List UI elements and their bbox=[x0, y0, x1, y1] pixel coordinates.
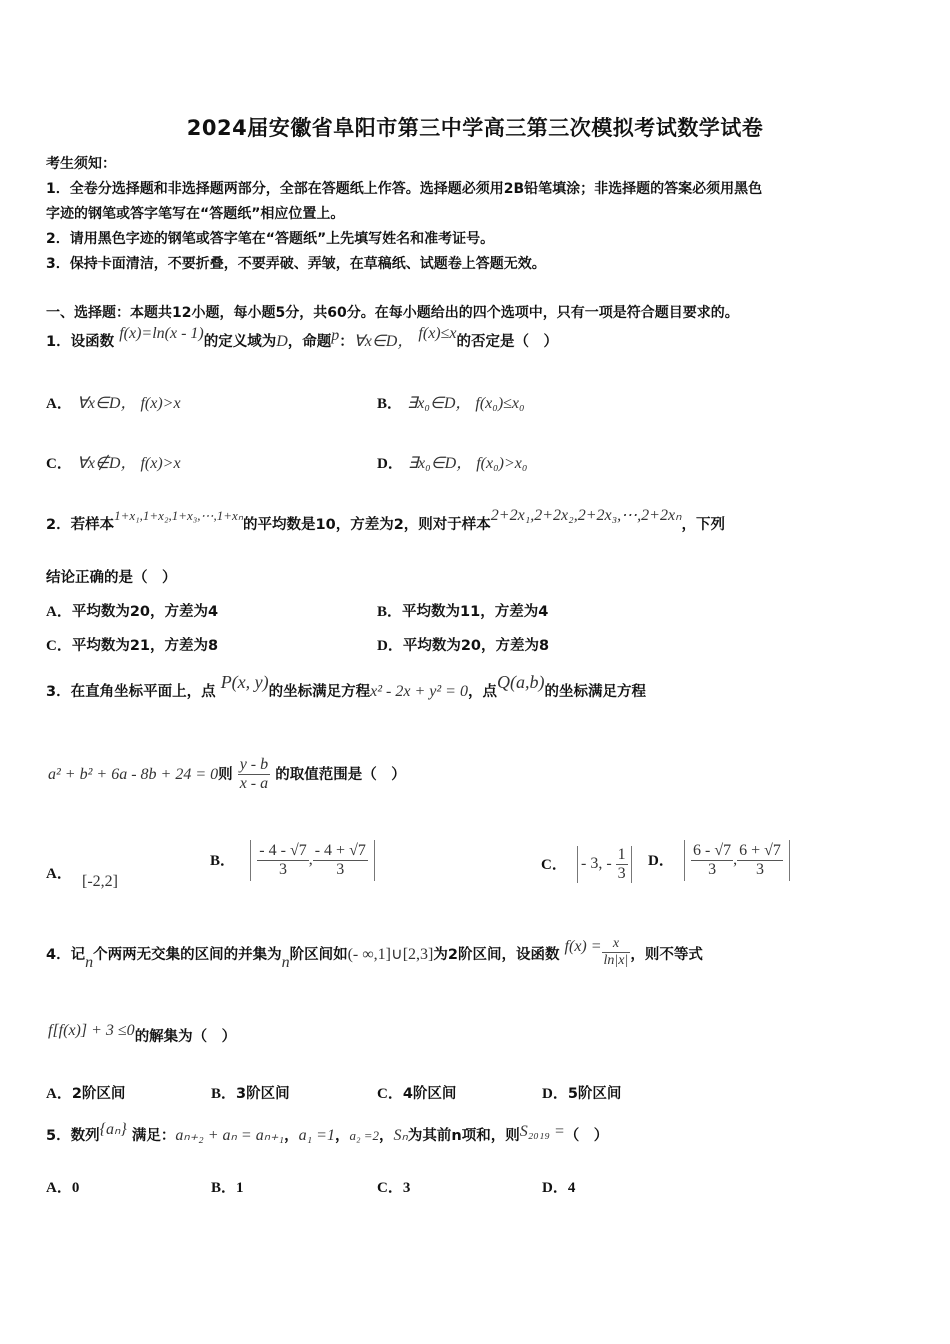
question-3-cont: a² + b² + 6a - 8b + 24 = 0则 y - bx - a 的… bbox=[48, 756, 406, 793]
question-4-cont: f[f(x)] + 3 ≤0的解集为（ ） bbox=[48, 1025, 236, 1046]
math-expression: f(x)=ln(x - 1) bbox=[119, 325, 204, 342]
notice-item-1-cont: 字迹的钢笔或答字笔写在“答题纸”相应位置上。 bbox=[46, 203, 344, 223]
notice-item-3: 3．保持卡面清洁，不要折叠，不要弄破、弄皱，在草稿纸、试题卷上答题无效。 bbox=[46, 253, 546, 273]
option-a[interactable]: A． ∀x∈D， f(x)>x bbox=[46, 390, 181, 413]
question-number: 2． bbox=[46, 517, 71, 533]
option-a[interactable]: A．0 bbox=[46, 1176, 79, 1197]
notice-item-2: 2．请用黑色字迹的钢笔或答字笔在“答题纸”上先填写姓名和准考证号。 bbox=[46, 228, 494, 248]
question-1: 1．设函数 f(x)=ln(x - 1)的定义域为D，命题p：∀x∈D， f(x… bbox=[46, 328, 558, 351]
option-b[interactable]: B．平均数为11，方差为4 bbox=[377, 600, 548, 621]
option-b[interactable]: B． - 4 - √73,- 4 + √73 bbox=[210, 840, 375, 881]
option-c[interactable]: C．4阶区间 bbox=[377, 1082, 456, 1103]
option-b[interactable]: B．3阶区间 bbox=[211, 1082, 290, 1103]
fraction: y - bx - a bbox=[238, 756, 270, 793]
option-d[interactable]: D．4 bbox=[542, 1176, 575, 1197]
page-title: 2024届安徽省阜阳市第三中学高三第三次模拟考试数学试卷 bbox=[0, 112, 950, 142]
question-2: 2．若样本1+x₁,1+x₂,1+x₃,⋯,1+xₙ的平均数是10，方差为2，则… bbox=[46, 513, 725, 534]
option-c[interactable]: C． ∀x∉D， f(x)>x bbox=[46, 450, 181, 473]
option-b[interactable]: B．1 bbox=[211, 1176, 244, 1197]
question-number: 5． bbox=[46, 1128, 71, 1144]
option-a[interactable]: A． [-2,2] bbox=[46, 862, 118, 883]
option-d[interactable]: D．平均数为20，方差为8 bbox=[377, 634, 549, 655]
option-d[interactable]: D． 6 - √73,6 + √73 bbox=[648, 840, 790, 881]
option-d[interactable]: D．5阶区间 bbox=[542, 1082, 621, 1103]
option-c[interactable]: C． - 3, - 13 bbox=[541, 846, 632, 883]
option-a[interactable]: A．平均数为20，方差为4 bbox=[46, 600, 218, 621]
notice-item-1: 1．全卷分选择题和非选择题两部分，全部在答题纸上作答。选择题必须用2B铅笔填涂；… bbox=[46, 178, 762, 198]
question-number: 4． bbox=[46, 947, 71, 963]
question-number: 3． bbox=[46, 684, 71, 700]
question-2-cont: 结论正确的是（ ） bbox=[46, 566, 177, 587]
option-d[interactable]: D． ∃x₀∈D， f(x₀)>x₀ bbox=[377, 450, 527, 473]
option-b[interactable]: B． ∃x₀∈D， f(x₀)≤x₀ bbox=[377, 390, 525, 413]
option-c[interactable]: C．平均数为21，方差为8 bbox=[46, 634, 218, 655]
question-5: 5．数列{aₙ} 满足：aₙ₊₂ + aₙ = aₙ₊₁，a₁ =1，a₂ =2… bbox=[46, 1124, 608, 1145]
question-3: 3．在直角坐标平面上，点 P(x, y)的坐标满足方程x² - 2x + y² … bbox=[46, 680, 646, 701]
option-c[interactable]: C．3 bbox=[377, 1176, 410, 1197]
notice-heading: 考生须知： bbox=[46, 153, 116, 173]
option-a[interactable]: A．2阶区间 bbox=[46, 1082, 125, 1103]
question-4: 4．记n个两两无交集的区间的并集为n阶区间如(- ∞,1]∪[2,3]为2阶区间… bbox=[46, 938, 703, 971]
section-heading: 一、选择题：本题共12小题，每小题5分，共60分。在每小题给出的四个选项中，只有… bbox=[46, 302, 739, 322]
question-number: 1． bbox=[46, 334, 71, 350]
